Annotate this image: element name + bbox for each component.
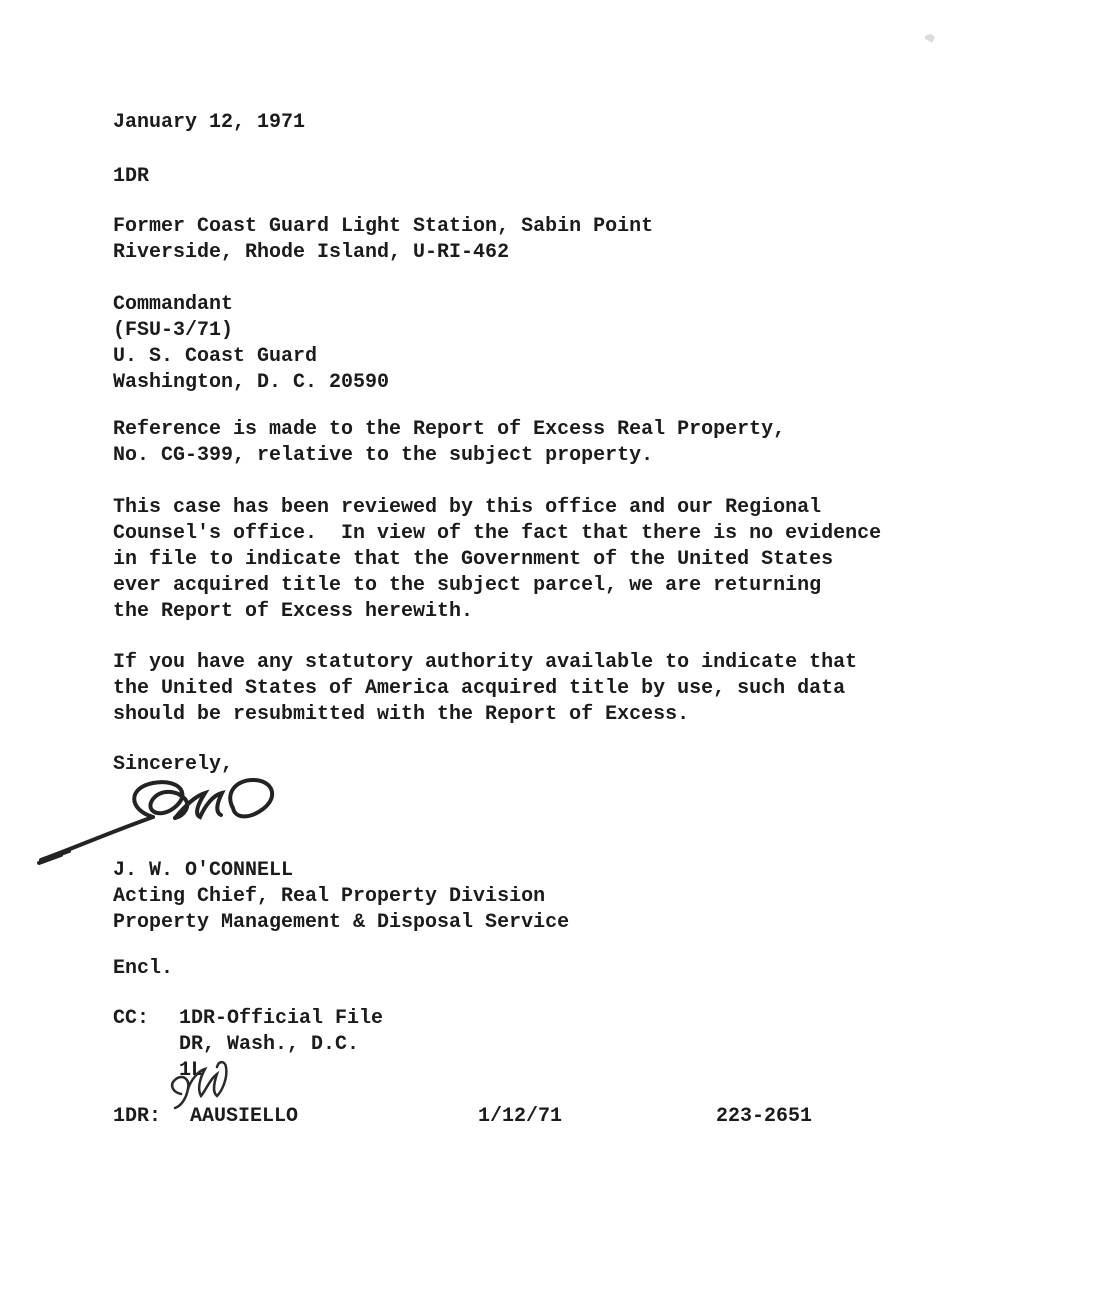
recipient-line: U. S. Coast Guard [113,344,389,370]
cc-label: CC: [113,1006,179,1032]
file-code-text: 1DR [113,164,149,190]
recipient-line: Commandant [113,292,389,318]
cc-line: DR, Wash., D.C. [179,1032,359,1058]
paragraph-review: This case has been reviewed by this offi… [113,495,881,625]
letter-page: January 12, 1971 1DR Former Coast Guard … [0,0,1119,1296]
body-line: Counsel's office. In view of the fact th… [113,521,881,547]
cc-label-spacer [113,1032,179,1058]
body-line: ever acquired title to the subject parce… [113,573,881,599]
signature-block: J. W. O'CONNELL Acting Chief, Real Prope… [113,858,569,936]
subject-block: Former Coast Guard Light Station, Sabin … [113,214,653,266]
footer-date: 1/12/71 [478,1104,562,1130]
paragraph-reference: Reference is made to the Report of Exces… [113,417,785,469]
footer-phone: 223-2651 [716,1104,812,1130]
recipient-line: (FSU-3/71) [113,318,389,344]
signer-org: Property Management & Disposal Service [113,910,569,936]
enclosure-note: Encl. [113,956,173,982]
date-text: January 12, 1971 [113,110,305,136]
enclosure-text: Encl. [113,956,173,982]
handwritten-initials [165,1058,253,1110]
signer-title: Acting Chief, Real Property Division [113,884,569,910]
body-line: the Report of Excess herewith. [113,599,881,625]
body-line: in file to indicate that the Government … [113,547,881,573]
body-line: No. CG-399, relative to the subject prop… [113,443,785,469]
letter-date: January 12, 1971 [113,110,305,136]
subject-line: Riverside, Rhode Island, U-RI-462 [113,240,653,266]
paragraph-statutory: If you have any statutory authority avai… [113,650,857,728]
signature-scribble [35,772,275,868]
cc-row: CC: 1DR-Official File [113,1006,383,1032]
body-line: If you have any statutory authority avai… [113,650,857,676]
subject-line: Former Coast Guard Light Station, Sabin … [113,214,653,240]
signer-name: J. W. O'CONNELL [113,858,569,884]
scan-artifact [925,34,935,43]
body-line: should be resubmitted with the Report of… [113,702,857,728]
recipient-line: Washington, D. C. 20590 [113,370,389,396]
file-code: 1DR [113,164,149,190]
recipient-block: Commandant (FSU-3/71) U. S. Coast Guard … [113,292,389,396]
cc-row: DR, Wash., D.C. [113,1032,383,1058]
body-line: Reference is made to the Report of Exces… [113,417,785,443]
body-line: the United States of America acquired ti… [113,676,857,702]
footer-typist: AAUSIELLO [190,1104,298,1130]
cc-line: 1DR-Official File [179,1006,383,1032]
body-line: This case has been reviewed by this offi… [113,495,881,521]
footer-office-code: 1DR: [113,1104,161,1130]
